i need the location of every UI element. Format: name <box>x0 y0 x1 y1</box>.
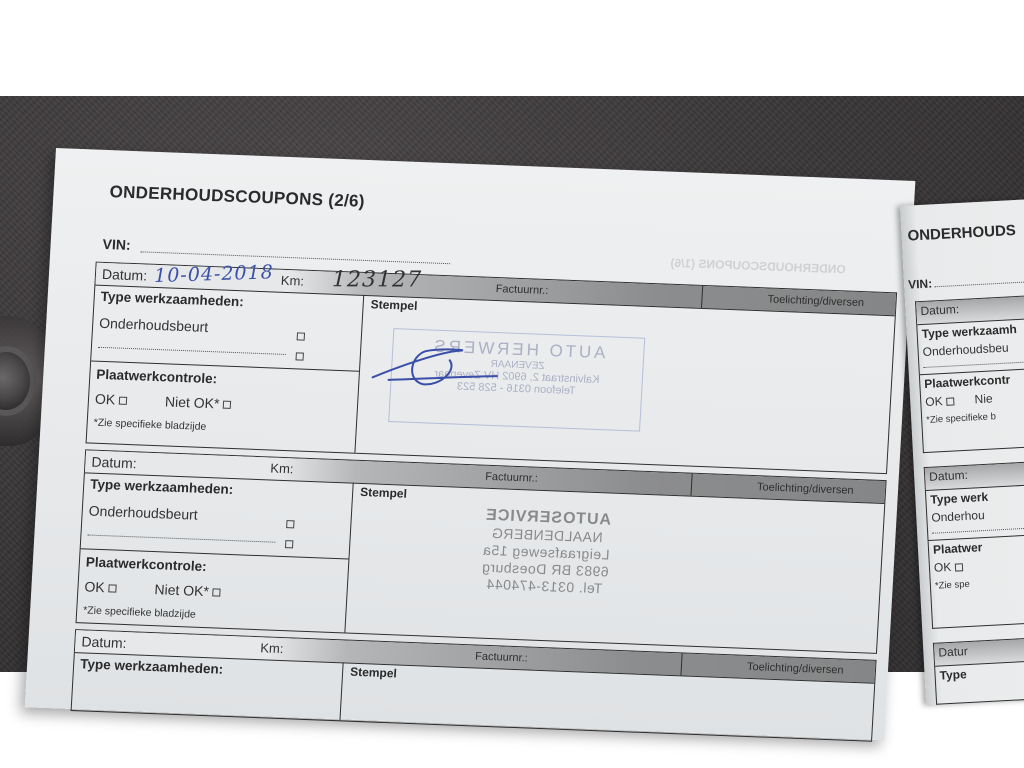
vin-label: VIN: <box>908 276 933 291</box>
toelichting-cell[interactable] <box>683 496 884 653</box>
km-label: Km: <box>281 273 305 289</box>
ok-checkbox[interactable] <box>108 585 116 593</box>
ok-option[interactable]: OK <box>84 578 117 595</box>
type-werkzaamheden-label: Type werkzaamheden: <box>80 656 224 676</box>
niet-ok-label: Niet OK* <box>154 581 209 599</box>
plaatwerkcontrole-label: Plaatwerkcontrole: <box>96 367 218 387</box>
vin-label: VIN: <box>102 236 131 253</box>
ok-checkbox[interactable] <box>119 397 127 405</box>
vin-field[interactable] <box>934 276 1024 287</box>
niet-ok-option[interactable]: Niet OK* <box>154 581 221 600</box>
plaatwerkcontrole-label: Plaatwerkcontrole: <box>86 554 208 574</box>
type-werkzaamheden-label: Type werkzaamheden: <box>100 289 244 309</box>
datum-label: Datum: <box>91 454 137 472</box>
page-title: ONDERHOUDS <box>907 222 1016 245</box>
maintenance-coupon: Datum: Type werkzaamh Onderhoudsbeu Plaa… <box>915 291 1024 453</box>
onderhoudsbeurt-label: Onderhoudsbeurt <box>88 503 198 523</box>
page-title: ONDERHOUDSCOUPONS (2/6) <box>109 182 365 212</box>
factuurnr-label: Factuurnr.: <box>475 650 528 664</box>
other-work-field[interactable] <box>98 347 286 355</box>
niet-ok-option[interactable]: Niet OK* <box>165 393 232 412</box>
vin-field[interactable] <box>140 251 450 264</box>
ok-label: OK <box>84 578 105 595</box>
stempel-label: Stempel <box>350 665 397 681</box>
km-label: Km: <box>260 640 284 656</box>
ok-label: OK <box>95 391 116 408</box>
datum-label: Datur <box>934 633 1024 666</box>
stamp-cell: Stempel AUTO HERWERS ZEVENAAR Kalvinstra… <box>356 295 699 466</box>
toelichting-label: Toelichting/diversen <box>747 661 844 677</box>
signature-icon <box>368 337 501 392</box>
maintenance-coupon: Datum: Km: Factuurnr.: Toelichting/diver… <box>76 449 887 654</box>
niet-ok-checkbox[interactable] <box>223 401 231 409</box>
toelichting-label: Toelichting/diversen <box>767 293 864 309</box>
ok-checkbox[interactable] <box>955 563 963 571</box>
ok-label: OK <box>925 394 943 409</box>
factuurnr-label: Factuurnr.: <box>495 283 548 297</box>
other-work-checkbox[interactable] <box>295 352 303 360</box>
maintenance-coupon: Datum: Type werk Onderhou Plaatwer OK *Z… <box>924 457 1024 629</box>
toelichting-label: Toelichting/diversen <box>757 481 854 497</box>
onderhoudsbeurt-label: Onderhoudsbeurt <box>99 315 209 335</box>
stamp-cell: Stempel AUTOSERVICE NAALDENBERG Leigraaf… <box>346 483 688 646</box>
other-work-checkbox[interactable] <box>285 540 293 548</box>
ok-label: OK <box>934 560 952 575</box>
stempel-label: Stempel <box>360 485 407 501</box>
column-divider <box>680 653 682 675</box>
stamp-cell: Stempel <box>341 662 678 733</box>
handwritten-date[interactable]: 10-04-2018 <box>154 261 274 287</box>
onderhoudsbeurt-checkbox[interactable] <box>297 332 305 340</box>
work-type-cell: Type werkzaamheden: <box>72 652 344 720</box>
datum-label: Datum: <box>102 266 148 284</box>
maintenance-coupon: Datur Type <box>933 632 1024 704</box>
ok-checkbox[interactable] <box>946 397 954 405</box>
ok-option[interactable]: OK <box>95 391 128 408</box>
datum-label: Datum: <box>81 633 127 651</box>
work-type-cell: Type werkzaamheden: Onderhoudsbeurt Plaa… <box>87 285 365 453</box>
column-divider <box>701 286 703 308</box>
handwritten-km[interactable]: 123127 <box>332 267 423 292</box>
km-label: Km: <box>270 460 294 476</box>
other-work-field[interactable] <box>87 534 275 542</box>
factuurnr-label: Factuurnr.: <box>485 471 538 485</box>
work-type-cell: Type werkzaamheden: Onderhoudsbeurt Plaa… <box>77 472 354 632</box>
maintenance-coupon: Datum: Km: Factuurnr.: Toelichting/diver… <box>86 262 898 475</box>
niet-ok-label: Nie <box>974 391 993 406</box>
bleed-through-title: ONDERHOUDSCOUPONS (1/6) <box>670 256 846 277</box>
type-werkzaamheden-label: Type werkzaamheden: <box>90 477 234 497</box>
footnote: *Zie specifieke bladzijde <box>83 604 196 620</box>
niet-ok-label: Niet OK* <box>165 393 220 411</box>
stempel-label: Stempel <box>370 297 417 313</box>
niet-ok-checkbox[interactable] <box>213 589 221 597</box>
footnote: *Zie specifieke bladzijde <box>93 417 206 433</box>
column-divider <box>690 474 692 496</box>
toelichting-cell[interactable] <box>693 308 895 473</box>
mirrored-garage-stamp: AUTOSERVICE NAALDENBERG Leigraafseweg 15… <box>429 504 664 599</box>
booklet-left-page: ONDERHOUDSCOUPONS (2/6) ONDERHOUDSCOUPON… <box>25 148 916 740</box>
onderhoudsbeurt-checkbox[interactable] <box>286 520 294 528</box>
